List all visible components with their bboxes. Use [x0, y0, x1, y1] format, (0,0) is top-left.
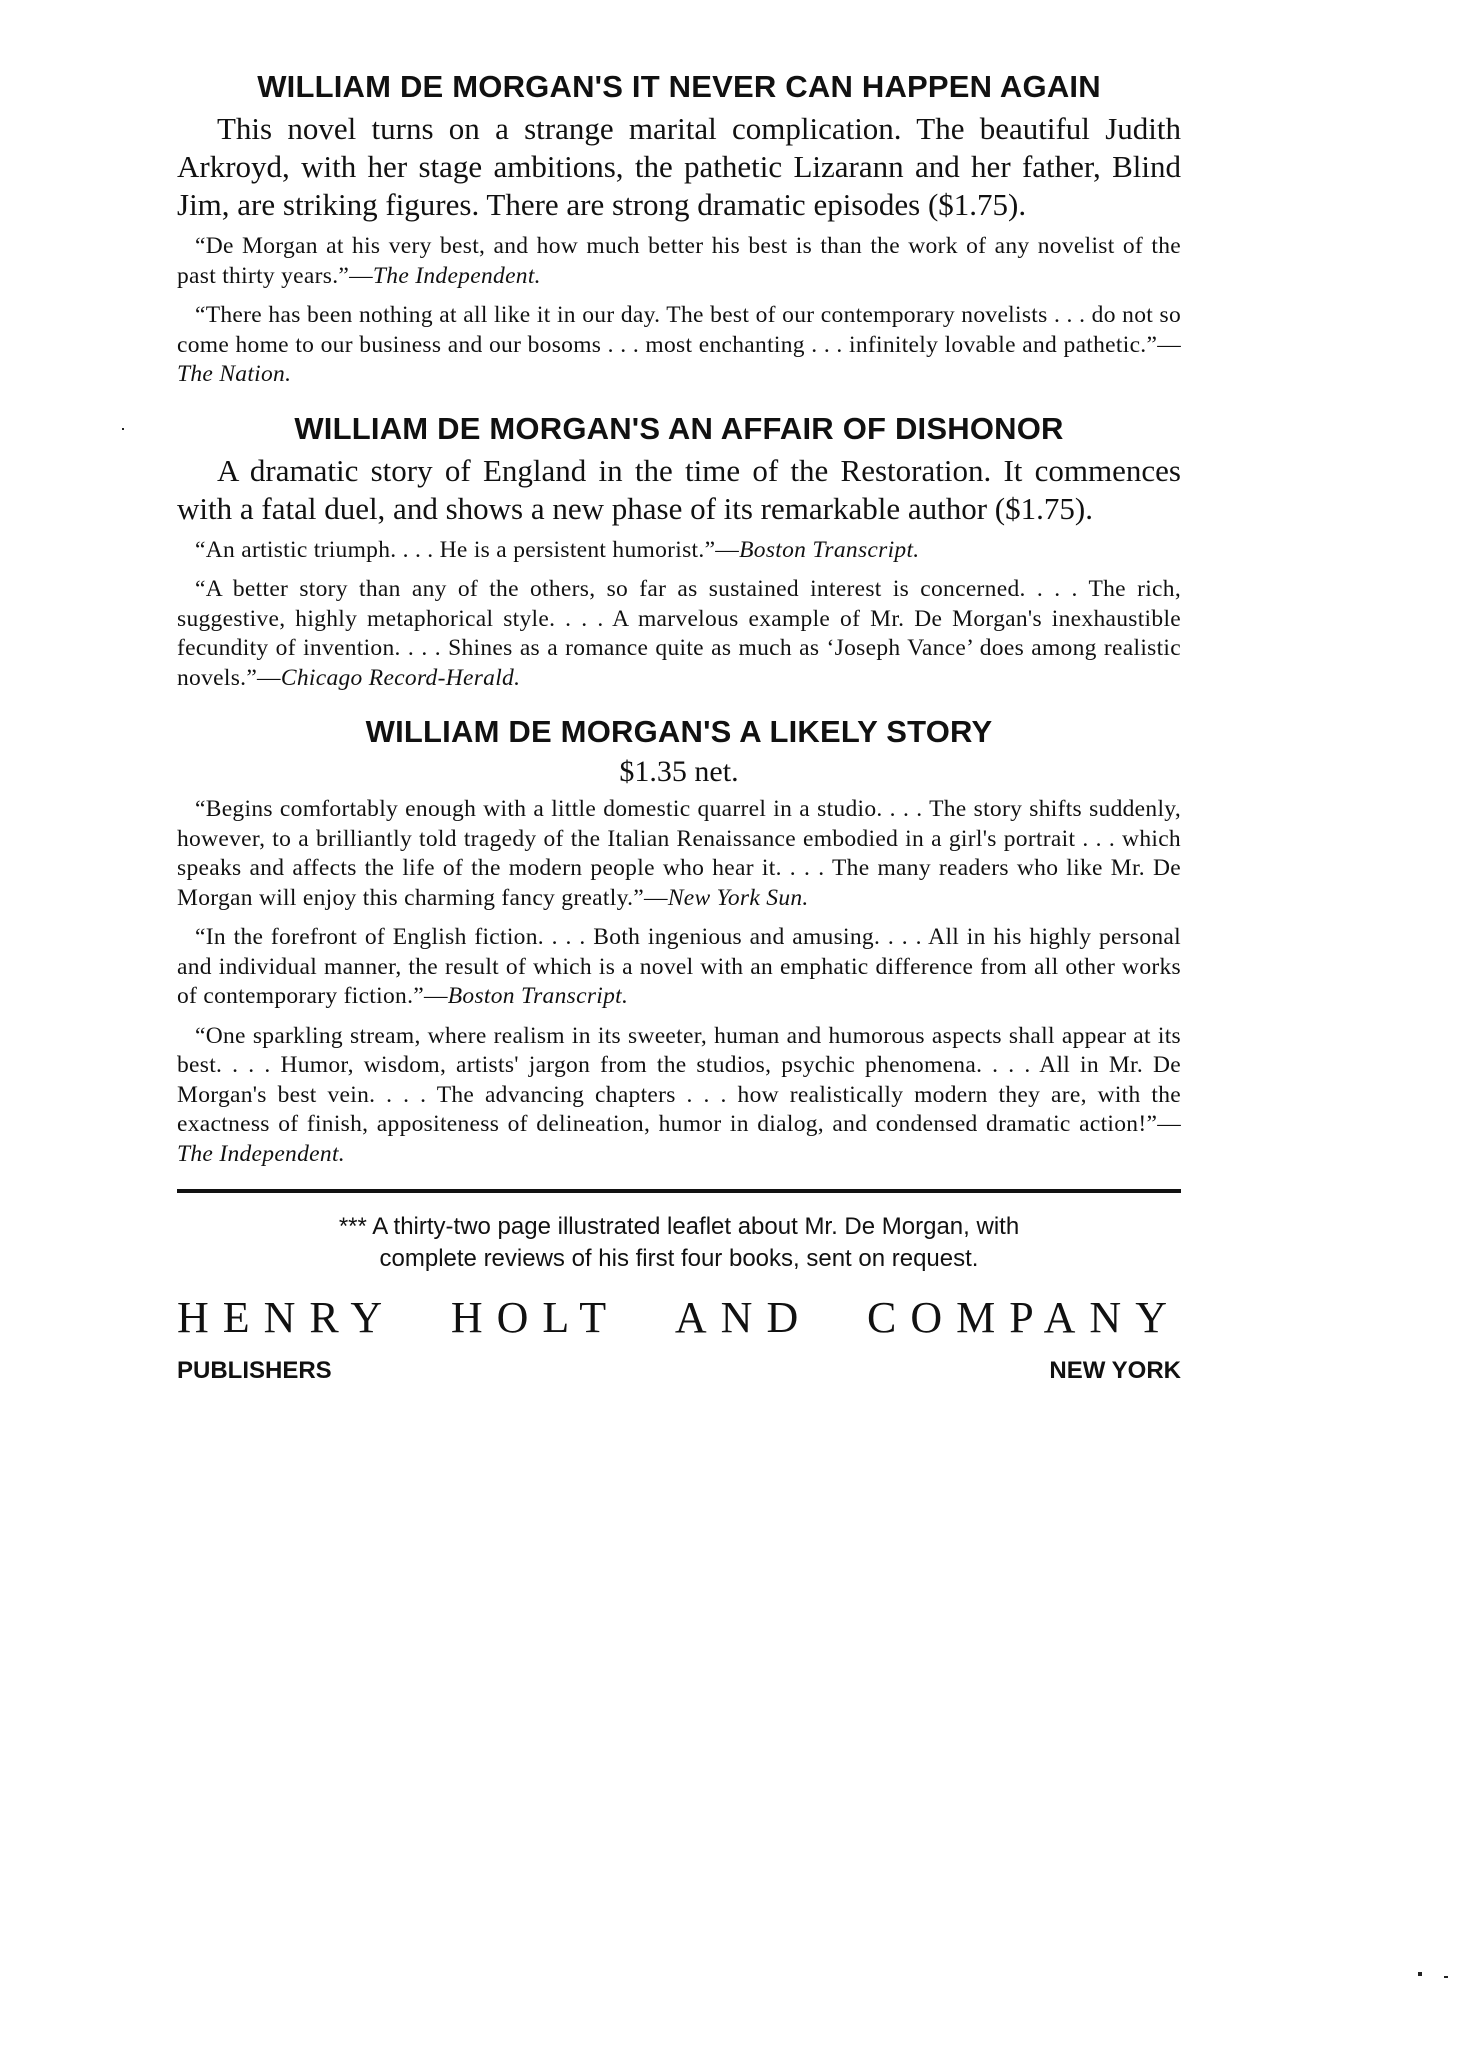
review-quote: “An artistic triumph. . . . He is a pers…: [177, 536, 1181, 566]
review-text: “An artistic triumph. . . . He is a pers…: [195, 537, 739, 563]
review-source: Chicago Record-Herald.: [281, 665, 520, 691]
review-source: The Nation.: [177, 361, 291, 387]
book-title: WILLIAM DE MORGAN'S IT NEVER CAN HAPPEN …: [177, 68, 1181, 106]
book-description: This novel turns on a strange marital co…: [177, 110, 1181, 224]
review-source: Boston Transcript.: [739, 537, 919, 563]
leaflet-notice: *** A thirty-two page illustrated leafle…: [177, 1211, 1181, 1275]
scan-speck: [1418, 1972, 1422, 1976]
review-quote: “There has been nothing at all like it i…: [177, 301, 1181, 390]
review-quote: “De Morgan at his very best, and how muc…: [177, 232, 1181, 291]
book-title: WILLIAM DE MORGAN'S A LIKELY STORY: [177, 713, 1181, 751]
advertisement-page: WILLIAM DE MORGAN'S IT NEVER CAN HAPPEN …: [177, 68, 1181, 1385]
review-text: “One sparkling stream, where realism in …: [177, 1023, 1181, 1138]
publisher-imprint: PUBLISHERS NEW YORK: [177, 1357, 1181, 1385]
publisher-word: HENRY: [177, 1293, 396, 1343]
review-quote: “One sparkling stream, where realism in …: [177, 1022, 1181, 1170]
book-description: A dramatic story of England in the time …: [177, 452, 1181, 528]
publisher-label: PUBLISHERS: [177, 1357, 332, 1385]
book-section-a-likely-story: WILLIAM DE MORGAN'S A LIKELY STORY $1.35…: [177, 713, 1181, 1169]
review-text: “In the forefront of English fiction. . …: [177, 924, 1181, 1009]
notice-line-1: *** A thirty-two page illustrated leafle…: [177, 1211, 1181, 1243]
publisher-word: HOLT: [451, 1293, 620, 1343]
scan-speck: [122, 428, 124, 430]
publisher-word: AND: [675, 1293, 812, 1343]
book-price: $1.35 net.: [177, 753, 1181, 791]
review-source: The Independent.: [373, 263, 541, 289]
publisher-city: NEW YORK: [1049, 1357, 1181, 1385]
book-section-it-never-can-happen-again: WILLIAM DE MORGAN'S IT NEVER CAN HAPPEN …: [177, 68, 1181, 390]
review-quote: “A better story than any of the others, …: [177, 575, 1181, 693]
book-title: WILLIAM DE MORGAN'S AN AFFAIR OF DISHONO…: [177, 410, 1181, 448]
book-section-an-affair-of-dishonor: WILLIAM DE MORGAN'S AN AFFAIR OF DISHONO…: [177, 410, 1181, 694]
divider-rule: [177, 1189, 1181, 1193]
notice-line-2: complete reviews of his first four books…: [177, 1243, 1181, 1275]
scan-speck: [1444, 1976, 1448, 1978]
review-quote: “In the forefront of English fiction. . …: [177, 923, 1181, 1012]
review-text: “There has been nothing at all like it i…: [177, 302, 1181, 358]
publisher-name: HENRY HOLT AND COMPANY: [177, 1293, 1181, 1343]
review-source: New York Sun.: [668, 885, 809, 911]
review-quote: “Begins comfortably enough with a little…: [177, 795, 1181, 913]
review-source: Boston Transcript.: [448, 983, 628, 1009]
publisher-word: COMPANY: [867, 1293, 1181, 1343]
review-source: The Independent.: [177, 1141, 345, 1167]
review-text: “De Morgan at his very best, and how muc…: [177, 233, 1181, 289]
